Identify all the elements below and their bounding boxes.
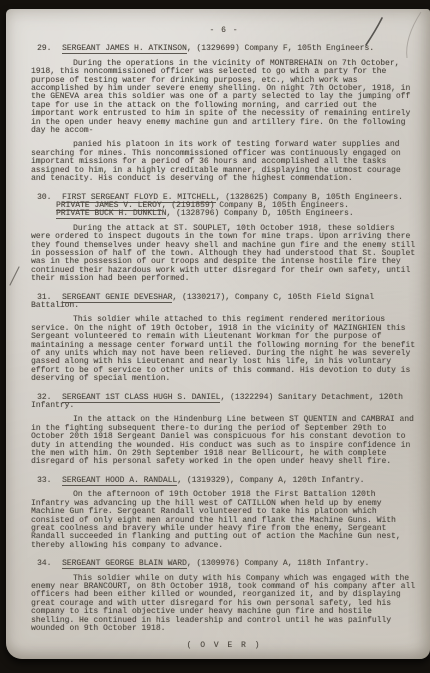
- soldier-name: SERGEANT HOOD A. RANDALL: [62, 476, 177, 486]
- typewritten-content: - 6 - 29.SERGEANT JAMES H. ATKINSON, (13…: [6, 9, 430, 659]
- citation-item-31: 31.SERGEANT GENIE DEVESHAR, (1330217), C…: [31, 294, 417, 384]
- citation-heading: 29.SERGEANT JAMES H. ATKINSON, (1329699)…: [31, 45, 417, 53]
- soldier-name: SERGEANT GEORGE BLAIN WARD: [62, 559, 187, 569]
- citation-number: 34.: [37, 560, 62, 568]
- citation-paragraph: During the attack at ST. SOUPLET, 10th O…: [31, 225, 417, 284]
- citation-heading: PRIVATE BUCK H. DUNKLIN, (1328796) Compa…: [31, 210, 417, 218]
- citation-item-30: 30.FIRST SERGEANT FLOYD E. MITCHELL, (13…: [31, 194, 417, 284]
- citation-paragraph: During the operations in the vicinity of…: [31, 60, 417, 136]
- soldier-unit: , (1328796) Company D, 105th Engineers.: [166, 209, 353, 218]
- soldier-name: SERGEANT JAMES H. ATKINSON: [62, 44, 187, 54]
- soldier-name: PRIVATE BUCK H. DUNKLIN: [56, 209, 166, 219]
- soldier-name: SERGEANT 1ST CLASS HUGH S. DANIEL: [62, 393, 220, 403]
- citation-paragraph: This soldier while attached to this regi…: [31, 316, 417, 383]
- citation-paragraph: This soldier while on duty with his Comp…: [31, 575, 417, 634]
- citation-heading: 34.SERGEANT GEORGE BLAIN WARD, (1309976)…: [31, 560, 417, 568]
- over-footnote: ( O V E R ): [31, 642, 417, 650]
- citation-heading: 33.SERGEANT HOOD A. RANDALL, (1319329), …: [31, 477, 417, 485]
- citation-item-29: 29.SERGEANT JAMES H. ATKINSON, (1329699)…: [31, 45, 417, 183]
- soldier-unit: , (1309976) Company A, 118th Infantry.: [187, 559, 369, 568]
- citation-item-32: 32.SERGEANT 1ST CLASS HUGH S. DANIEL, (1…: [31, 394, 417, 467]
- citation-heading: 31.SERGEANT GENIE DEVESHAR, (1330217), C…: [31, 294, 417, 311]
- citation-paragraph: On the afternoon of 19th October 1918 th…: [31, 491, 417, 550]
- citation-number: 29.: [37, 45, 62, 53]
- citation-number: 33.: [37, 477, 62, 485]
- page-number: - 6 -: [31, 27, 417, 35]
- soldier-unit: , (1329699) Company F, 105th Engineers.: [187, 44, 374, 53]
- citation-heading: 32.SERGEANT 1ST CLASS HUGH S. DANIEL, (1…: [31, 394, 417, 411]
- citation-item-34: 34.SERGEANT GEORGE BLAIN WARD, (1309976)…: [31, 560, 417, 633]
- citation-paragraph: In the attack on the Hindenburg Line bet…: [31, 416, 417, 466]
- citation-paragraph: panied his platoon in its work of testin…: [31, 141, 417, 183]
- paper-sheet: - 6 - 29.SERGEANT JAMES H. ATKINSON, (13…: [6, 9, 430, 659]
- document-scan: { "page": { "number": "- 6 -", "footer":…: [0, 0, 430, 673]
- citation-item-33: 33.SERGEANT HOOD A. RANDALL, (1319329), …: [31, 477, 417, 550]
- soldier-unit: , (1319329), Company A, 120th Infantry.: [177, 476, 364, 485]
